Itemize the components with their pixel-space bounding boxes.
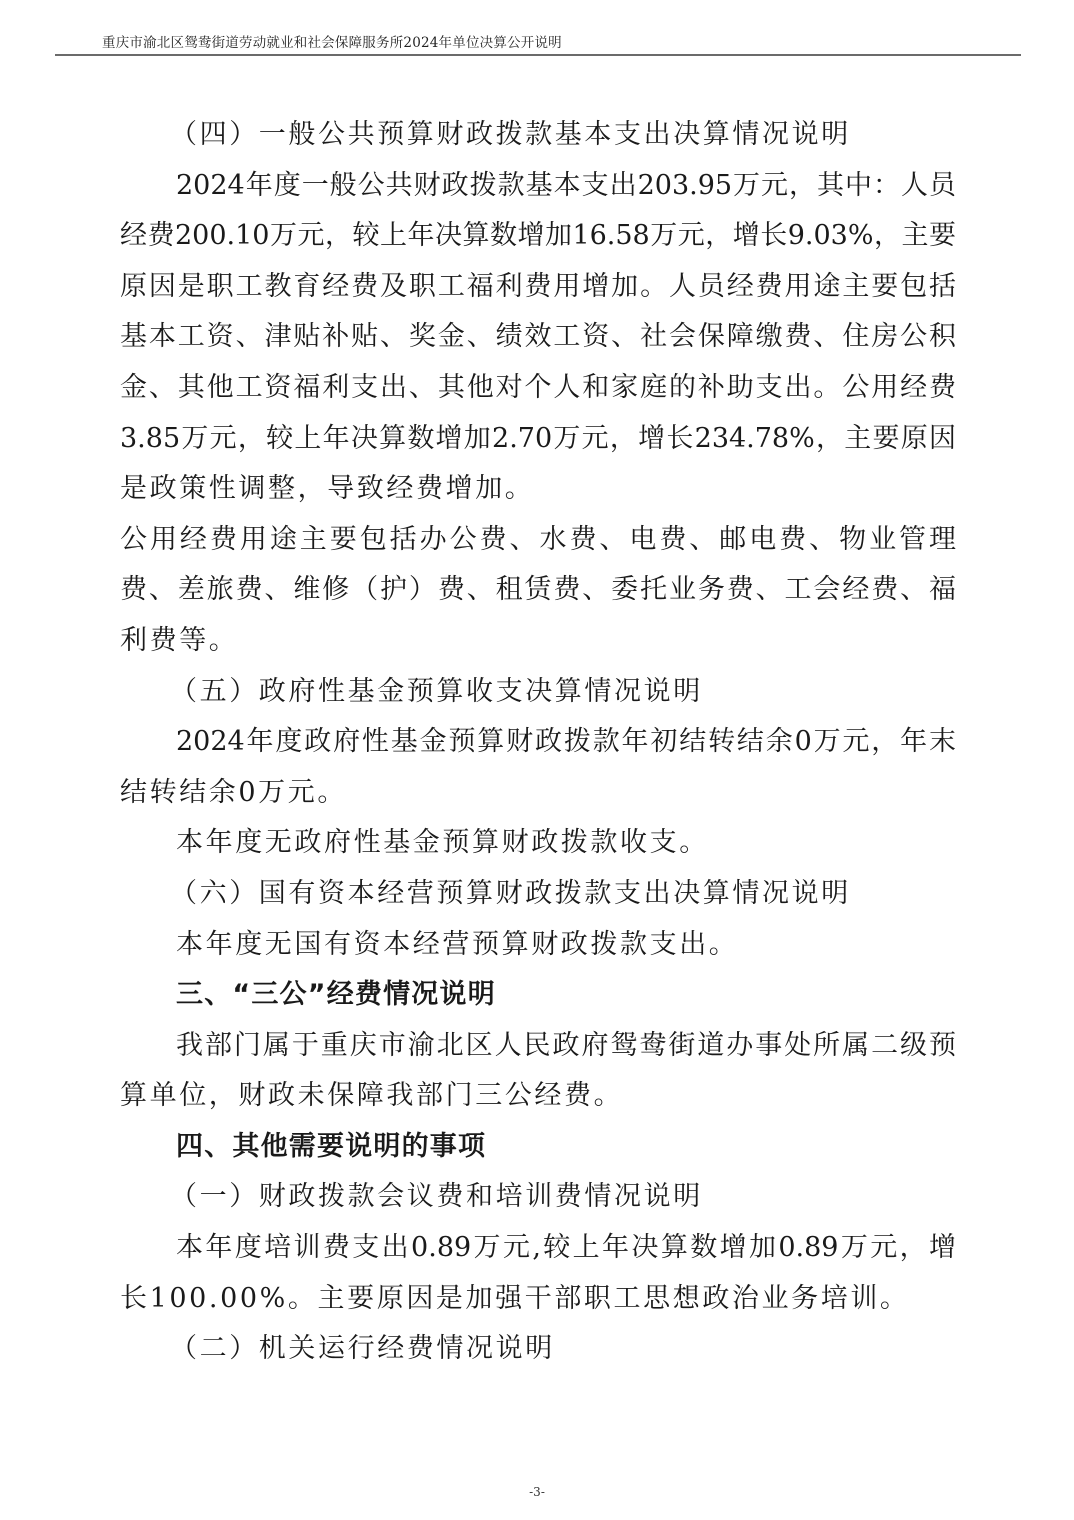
paragraph-line: 公用经费用途主要包括办公费、水费、电费、邮电费、物业管理: [120, 515, 956, 566]
section-heading-5: （五）政府性基金预算收支决算情况说明: [120, 667, 956, 718]
paragraph-line: 我部门属于重庆市渝北区人民政府鸳鸯街道办事处所属二级预: [120, 1021, 956, 1072]
part-heading-3: 三、“三公”经费情况说明: [120, 970, 956, 1021]
paragraph-line: 本年度无国有资本经营预算财政拨款支出。: [120, 920, 956, 971]
paragraph-line: 金、其他工资福利支出、其他对个人和家庭的补助支出。公用经费: [120, 363, 956, 414]
paragraph-line: 算单位，财政未保障我部门三公经费。: [120, 1071, 956, 1122]
paragraph-line: 结转结余0万元。: [120, 768, 956, 819]
paragraph-line: 是政策性调整，导致经费增加。: [120, 464, 956, 515]
page-number: -3-: [0, 1485, 1074, 1499]
paragraph-line: 本年度培训费支出0.89万元,较上年决算数增加0.89万元，增: [120, 1223, 956, 1274]
part-heading-4: 四、其他需要说明的事项: [120, 1122, 956, 1173]
paragraph-line: 3.85万元，较上年决算数增加2.70万元，增长234.78%，主要原因: [120, 414, 956, 465]
paragraph-line: 利费等。: [120, 616, 956, 667]
subsection-heading-2: （二）机关运行经费情况说明: [120, 1324, 956, 1375]
page-header: 重庆市渝北区鸳鸯街道劳动就业和社会保障服务所2024年单位决算公开说明: [55, 28, 1021, 56]
paragraph-line: 长100.00%。主要原因是加强干部职工思想政治业务培训。: [120, 1274, 956, 1325]
header-title: 重庆市渝北区鸳鸯街道劳动就业和社会保障服务所2024年单位决算公开说明: [102, 31, 562, 51]
paragraph-line: 费、差旅费、维修（护）费、租赁费、委托业务费、工会经费、福: [120, 565, 956, 616]
paragraph-line: 基本工资、津贴补贴、奖金、绩效工资、社会保障缴费、住房公积: [120, 312, 956, 363]
paragraph-line: 本年度无政府性基金预算财政拨款收支。: [120, 818, 956, 869]
paragraph-line: 2024年度一般公共财政拨款基本支出203.95万元，其中：人员: [120, 161, 956, 212]
subsection-heading-1: （一）财政拨款会议费和培训费情况说明: [120, 1172, 956, 1223]
paragraph-line: 经费200.10万元，较上年决算数增加16.58万元，增长9.03%，主要: [120, 211, 956, 262]
paragraph-line: 2024年度政府性基金预算财政拨款年初结转结余0万元，年末: [120, 717, 956, 768]
document-body: （四）一般公共预算财政拨款基本支出决算情况说明 2024年度一般公共财政拨款基本…: [120, 110, 956, 1375]
section-heading-4: （四）一般公共预算财政拨款基本支出决算情况说明: [120, 110, 956, 161]
section-heading-6: （六）国有资本经营预算财政拨款支出决算情况说明: [120, 869, 956, 920]
paragraph-line: 原因是职工教育经费及职工福利费用增加。人员经费用途主要包括: [120, 262, 956, 313]
